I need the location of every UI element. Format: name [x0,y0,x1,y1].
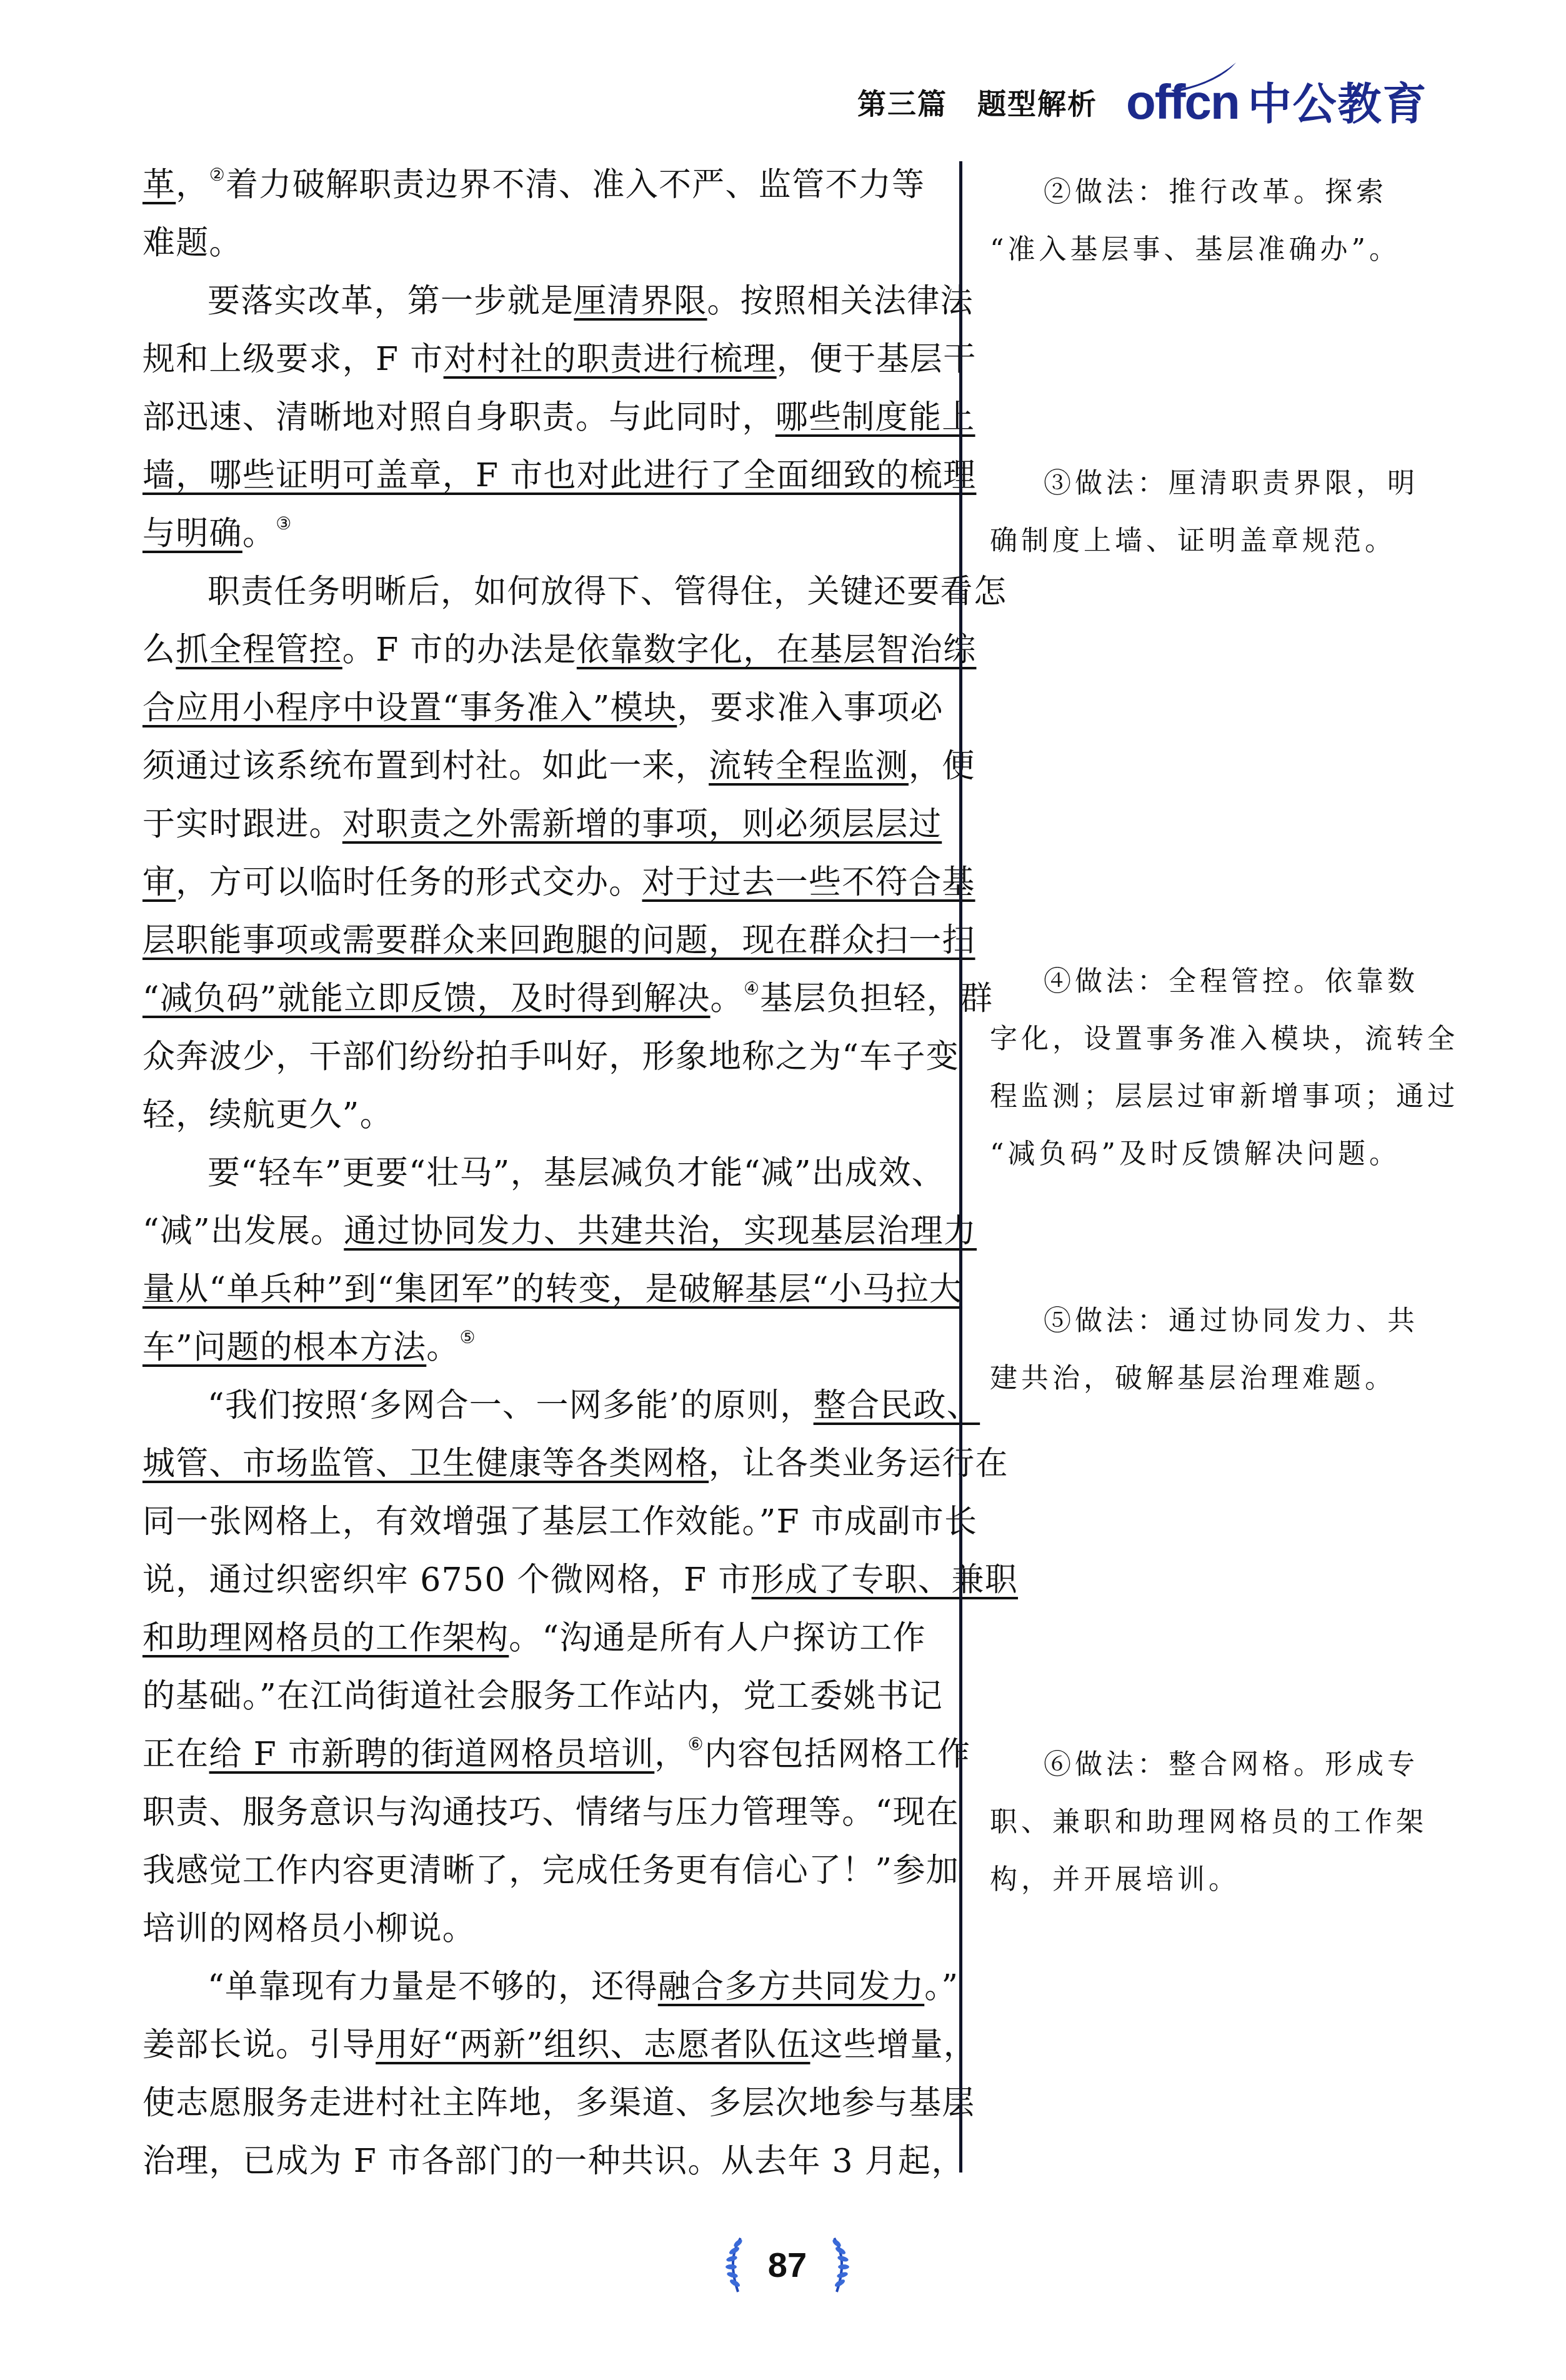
text-line: 车”问题的根本方法。⑤ [142,1319,937,1377]
text-run: 须通过该系统布置到村社。如此一来， [142,747,709,785]
page-footer: 87 [712,2230,862,2299]
text-line: 量从“单兵种”到“集团军”的转变，是破解基层“小马拉大 [142,1261,937,1319]
text-run: 。“沟通是所有人户探访工作 [509,1619,925,1657]
text-run: 我感觉工作内容更清晰了，完成任务更有信心了！”参加 [142,1852,959,1889]
text-line: 城管、市场监管、卫生健康等各类网格，让各类业务运行在 [142,1435,937,1493]
underlined-phrase: 合应用小程序中设置“事务准入”模块 [142,689,677,727]
text-line: 于实时跟进。对职责之外需新增的事项，则必须层层过 [142,796,937,854]
text-run: 。 [711,980,744,1017]
text-run: 众奔波少，干部们纷纷拍手叫好，形象地称之为“车子变 [142,1038,959,1076]
text-run: ，便 [909,747,975,785]
text-line: “单靠现有力量是不够的，还得融合多方共同发力。” [142,1958,937,2016]
text-line: 姜部长说。引导用好“两新”组织、志愿者队伍这些增量， [142,2016,937,2074]
text-run: 。 [242,515,276,552]
text-run: ， [654,1736,687,1773]
footnote-marker: ③ [276,513,292,534]
text-run: 么 [142,631,176,669]
text-run: 的基础。”在江尚街道社会服务工作站内，党工委姚书记 [142,1677,943,1715]
note-line: ③做法：厘清职责界限，明 [990,455,1440,512]
margin-note: ②做法：推行改革。探索“准入基层事、基层准确办”。 [990,164,1440,279]
underlined-phrase: 车”问题的根本方法 [142,1329,426,1366]
footnote-marker: ④ [744,978,760,999]
text-run: 着力破解职责边界不清、准入不严、监管不力等 [226,166,925,204]
logo-wordmark-cn: 中公教育 [1248,82,1428,126]
text-run: 于实时跟进。 [142,806,342,843]
underlined-phrase: 哪些制度能上 [776,399,975,436]
text-line: 么抓全程管控。F 市的办法是依靠数字化，在基层智治综 [142,621,937,679]
underlined-phrase: 和助理网格员的工作架构 [142,1619,509,1657]
margin-note: ③做法：厘清职责界限，明确制度上墙、证明盖章规范。 [990,455,1440,570]
margin-note: ⑥做法：整合网格。形成专职、兼职和助理网格员的工作架构，并开展培训。 [990,1736,1440,1909]
text-run: 使志愿服务走进村社主阵地，多渠道、多层次地参与基层 [142,2084,975,2122]
laurel-left-icon [722,2234,749,2294]
text-line: 规和上级要求，F 市对村社的职责进行梳理，便于基层干 [142,331,937,389]
underlined-phrase: 抓全程管控 [176,631,342,669]
underlined-phrase: 对职责之外需新增的事项，则必须层层过 [342,806,942,843]
text-run: 正在 [142,1736,209,1773]
offcn-logo: offcn 中公教育 [1126,77,1428,126]
page-number: 87 [768,2244,807,2285]
logo-swoosh-icon [1170,61,1239,92]
underlined-phrase: 对于过去一些不符合基 [642,864,975,901]
text-line: 审，方可以临时任务的形式交办。对于过去一些不符合基 [142,854,937,912]
text-run: “单靠现有力量是不够的，还得 [207,1968,658,2006]
text-run: 基层负担轻，群 [760,980,993,1017]
note-line: 确制度上墙、证明盖章规范。 [990,512,1440,570]
underlined-phrase: 墙，哪些证明可盖章，F 市也对此进行了全面细致的梳理 [142,457,976,494]
underlined-phrase: 厘清界限 [574,282,707,320]
text-run: 。 [426,1329,459,1366]
text-run: 培训的网格员小柳说。 [142,1910,476,1947]
text-line: 培训的网格员小柳说。 [142,1900,937,1958]
underlined-phrase: 与明确 [142,515,242,552]
text-run: 这些增量， [810,2026,977,2064]
underlined-phrase: 融合多方共同发力 [658,1968,924,2006]
text-run: 规和上级要求，F 市 [142,341,444,378]
page-header: 第三篇 题型解析 offcn 中公教育 [857,67,1428,136]
text-run: ，方可以临时任务的形式交办。 [176,864,642,901]
footnote-marker: ⑤ [460,1327,476,1347]
text-line: “减负码”就能立即反馈，及时得到解决。④基层负担轻，群 [142,970,937,1028]
text-line: 职责、服务意识与沟通技巧、情绪与压力管理等。“现在 [142,1784,937,1842]
note-line: “减负码”及时反馈解决问题。 [990,1126,1440,1183]
margin-note: ④做法：全程管控。依靠数字化，设置事务准入模块，流转全程监测；层层过审新增事项；… [990,953,1440,1183]
text-line: 革，②着力破解职责边界不清、准入不严、监管不力等 [142,156,937,214]
underlined-phrase: 量从“单兵种”到“集团军”的转变，是破解基层“小马拉大 [142,1271,962,1308]
column-divider [959,161,962,2172]
text-line: 正在给 F 市新聘的街道网格员培训，⑥内容包括网格工作 [142,1726,937,1784]
text-line: 我感觉工作内容更清晰了，完成任务更有信心了！”参加 [142,1842,937,1900]
text-run: 内容包括网格工作 [704,1736,970,1773]
underlined-phrase: 审 [142,864,176,901]
underlined-phrase: 层职能事项或需要群众来回跑腿的问题，现在群众扫一扫 [142,922,975,959]
text-run: ，要求准入事项必 [677,689,943,727]
note-line: ④做法：全程管控。依靠数 [990,953,1440,1011]
text-line: 合应用小程序中设置“事务准入”模块，要求准入事项必 [142,679,937,737]
underlined-phrase: 形成了专职、兼职 [752,1561,1018,1599]
text-line: 要落实改革，第一步就是厘清界限。按照相关法律法 [142,272,937,331]
text-run: 。” [924,1968,959,2006]
text-run: “减”出发展。 [142,1212,344,1250]
text-line: 同一张网格上，有效增强了基层工作效能。”F 市成副市长 [142,1493,937,1551]
footnote-marker: ② [209,164,226,185]
text-run: 治理，已成为 F 市各部门的一种共识。从去年 3 月起， [142,2142,965,2180]
text-run: 说，通过织密织牢 6750 个微网格，F 市 [142,1561,752,1599]
text-line: 部迅速、清晰地对照自身职责。与此同时，哪些制度能上 [142,389,937,447]
underlined-phrase: 用好“两新”组织、志愿者队伍 [376,2026,810,2064]
underlined-phrase: 通过协同发力、共建共治，实现基层治理力 [344,1212,977,1250]
text-run: 要“轻车”更要“壮马”，基层减负才能“减”出成效、 [207,1154,945,1192]
text-run: 同一张网格上，有效增强了基层工作效能。”F 市成副市长 [142,1503,977,1541]
laurel-right-icon [825,2234,853,2294]
text-run: 。F 市的办法是 [342,631,577,669]
text-run: 轻，续航更久”。 [142,1096,393,1134]
text-run: 职责任务明晰后，如何放得下、管得住，关键还要看怎 [207,573,1007,611]
text-line: 众奔波少，干部们纷纷拍手叫好，形象地称之为“车子变 [142,1028,937,1086]
margin-note: ⑤做法：通过协同发力、共建共治，破解基层治理难题。 [990,1292,1440,1407]
note-line: 程监测；层层过审新增事项；通过 [990,1068,1440,1126]
text-line: 与明确。③ [142,505,937,563]
underlined-phrase: 依靠数字化，在基层智治综 [577,631,977,669]
text-line: 层职能事项或需要群众来回跑腿的问题，现在群众扫一扫 [142,912,937,970]
text-line: 和助理网格员的工作架构。“沟通是所有人户探访工作 [142,1609,937,1667]
note-line: 构，并开展培训。 [990,1851,1440,1909]
footnote-marker: ⑥ [688,1734,704,1754]
underlined-phrase: 流转全程监测 [709,747,909,785]
text-run: ，便于基层干 [777,341,977,378]
note-line: 字化，设置事务准入模块，流转全 [990,1011,1440,1068]
note-line: 建共治，破解基层治理难题。 [990,1350,1440,1407]
underlined-phrase: 城管、市场监管、卫生健康等各类网格 [142,1445,709,1482]
text-line: “减”出发展。通过协同发力、共建共治，实现基层治理力 [142,1202,937,1261]
text-run: “我们按照‘多网合一、一网多能’的原则， [207,1387,814,1424]
main-article-column: 革，②着力破解职责边界不清、准入不严、监管不力等难题。要落实改革，第一步就是厘清… [142,156,937,2191]
text-run: 姜部长说。引导 [142,2026,376,2064]
text-line: 的基础。”在江尚街道社会服务工作站内，党工委姚书记 [142,1667,937,1726]
text-line: 要“轻车”更要“壮马”，基层减负才能“减”出成效、 [142,1144,937,1202]
text-run: 。按照相关法律法 [707,282,974,320]
text-line: 治理，已成为 F 市各部门的一种共识。从去年 3 月起， [142,2132,937,2191]
text-line: “我们按照‘多网合一、一网多能’的原则，整合民政、 [142,1377,937,1435]
text-line: 墙，哪些证明可盖章，F 市也对此进行了全面细致的梳理 [142,447,937,505]
text-line: 轻，续航更久”。 [142,1086,937,1144]
text-line: 职责任务明晰后，如何放得下、管得住，关键还要看怎 [142,563,937,621]
underlined-phrase: “减负码”就能立即反馈，及时得到解决 [142,980,711,1017]
text-line: 须通过该系统布置到村社。如此一来，流转全程监测，便 [142,737,937,796]
note-line: 职、兼职和助理网格员的工作架 [990,1794,1440,1851]
text-run: ， [176,166,209,204]
underlined-phrase: 给 F 市新聘的街道网格员培训 [209,1736,655,1773]
note-line: “准入基层事、基层准确办”。 [990,221,1440,279]
note-line: ②做法：推行改革。探索 [990,164,1440,221]
section-title: 第三篇 题型解析 [857,81,1097,122]
note-line: ⑥做法：整合网格。形成专 [990,1736,1440,1794]
text-run: 部迅速、清晰地对照自身职责。与此同时， [142,399,776,436]
text-line: 使志愿服务走进村社主阵地，多渠道、多层次地参与基层 [142,2074,937,2132]
text-run: 职责、服务意识与沟通技巧、情绪与压力管理等。“现在 [142,1794,959,1831]
underlined-phrase: 革 [142,166,176,204]
text-line: 说，通过织密织牢 6750 个微网格，F 市形成了专职、兼职 [142,1551,937,1609]
text-run: ，让各类业务运行在 [709,1445,1009,1482]
note-line: ⑤做法：通过协同发力、共 [990,1292,1440,1350]
text-run: 要落实改革，第一步就是 [207,282,574,320]
text-line: 难题。 [142,214,937,272]
underlined-phrase: 对村社的职责进行梳理 [444,341,777,378]
text-run: 难题。 [142,224,242,262]
underlined-phrase: 整合民政、 [814,1387,980,1424]
